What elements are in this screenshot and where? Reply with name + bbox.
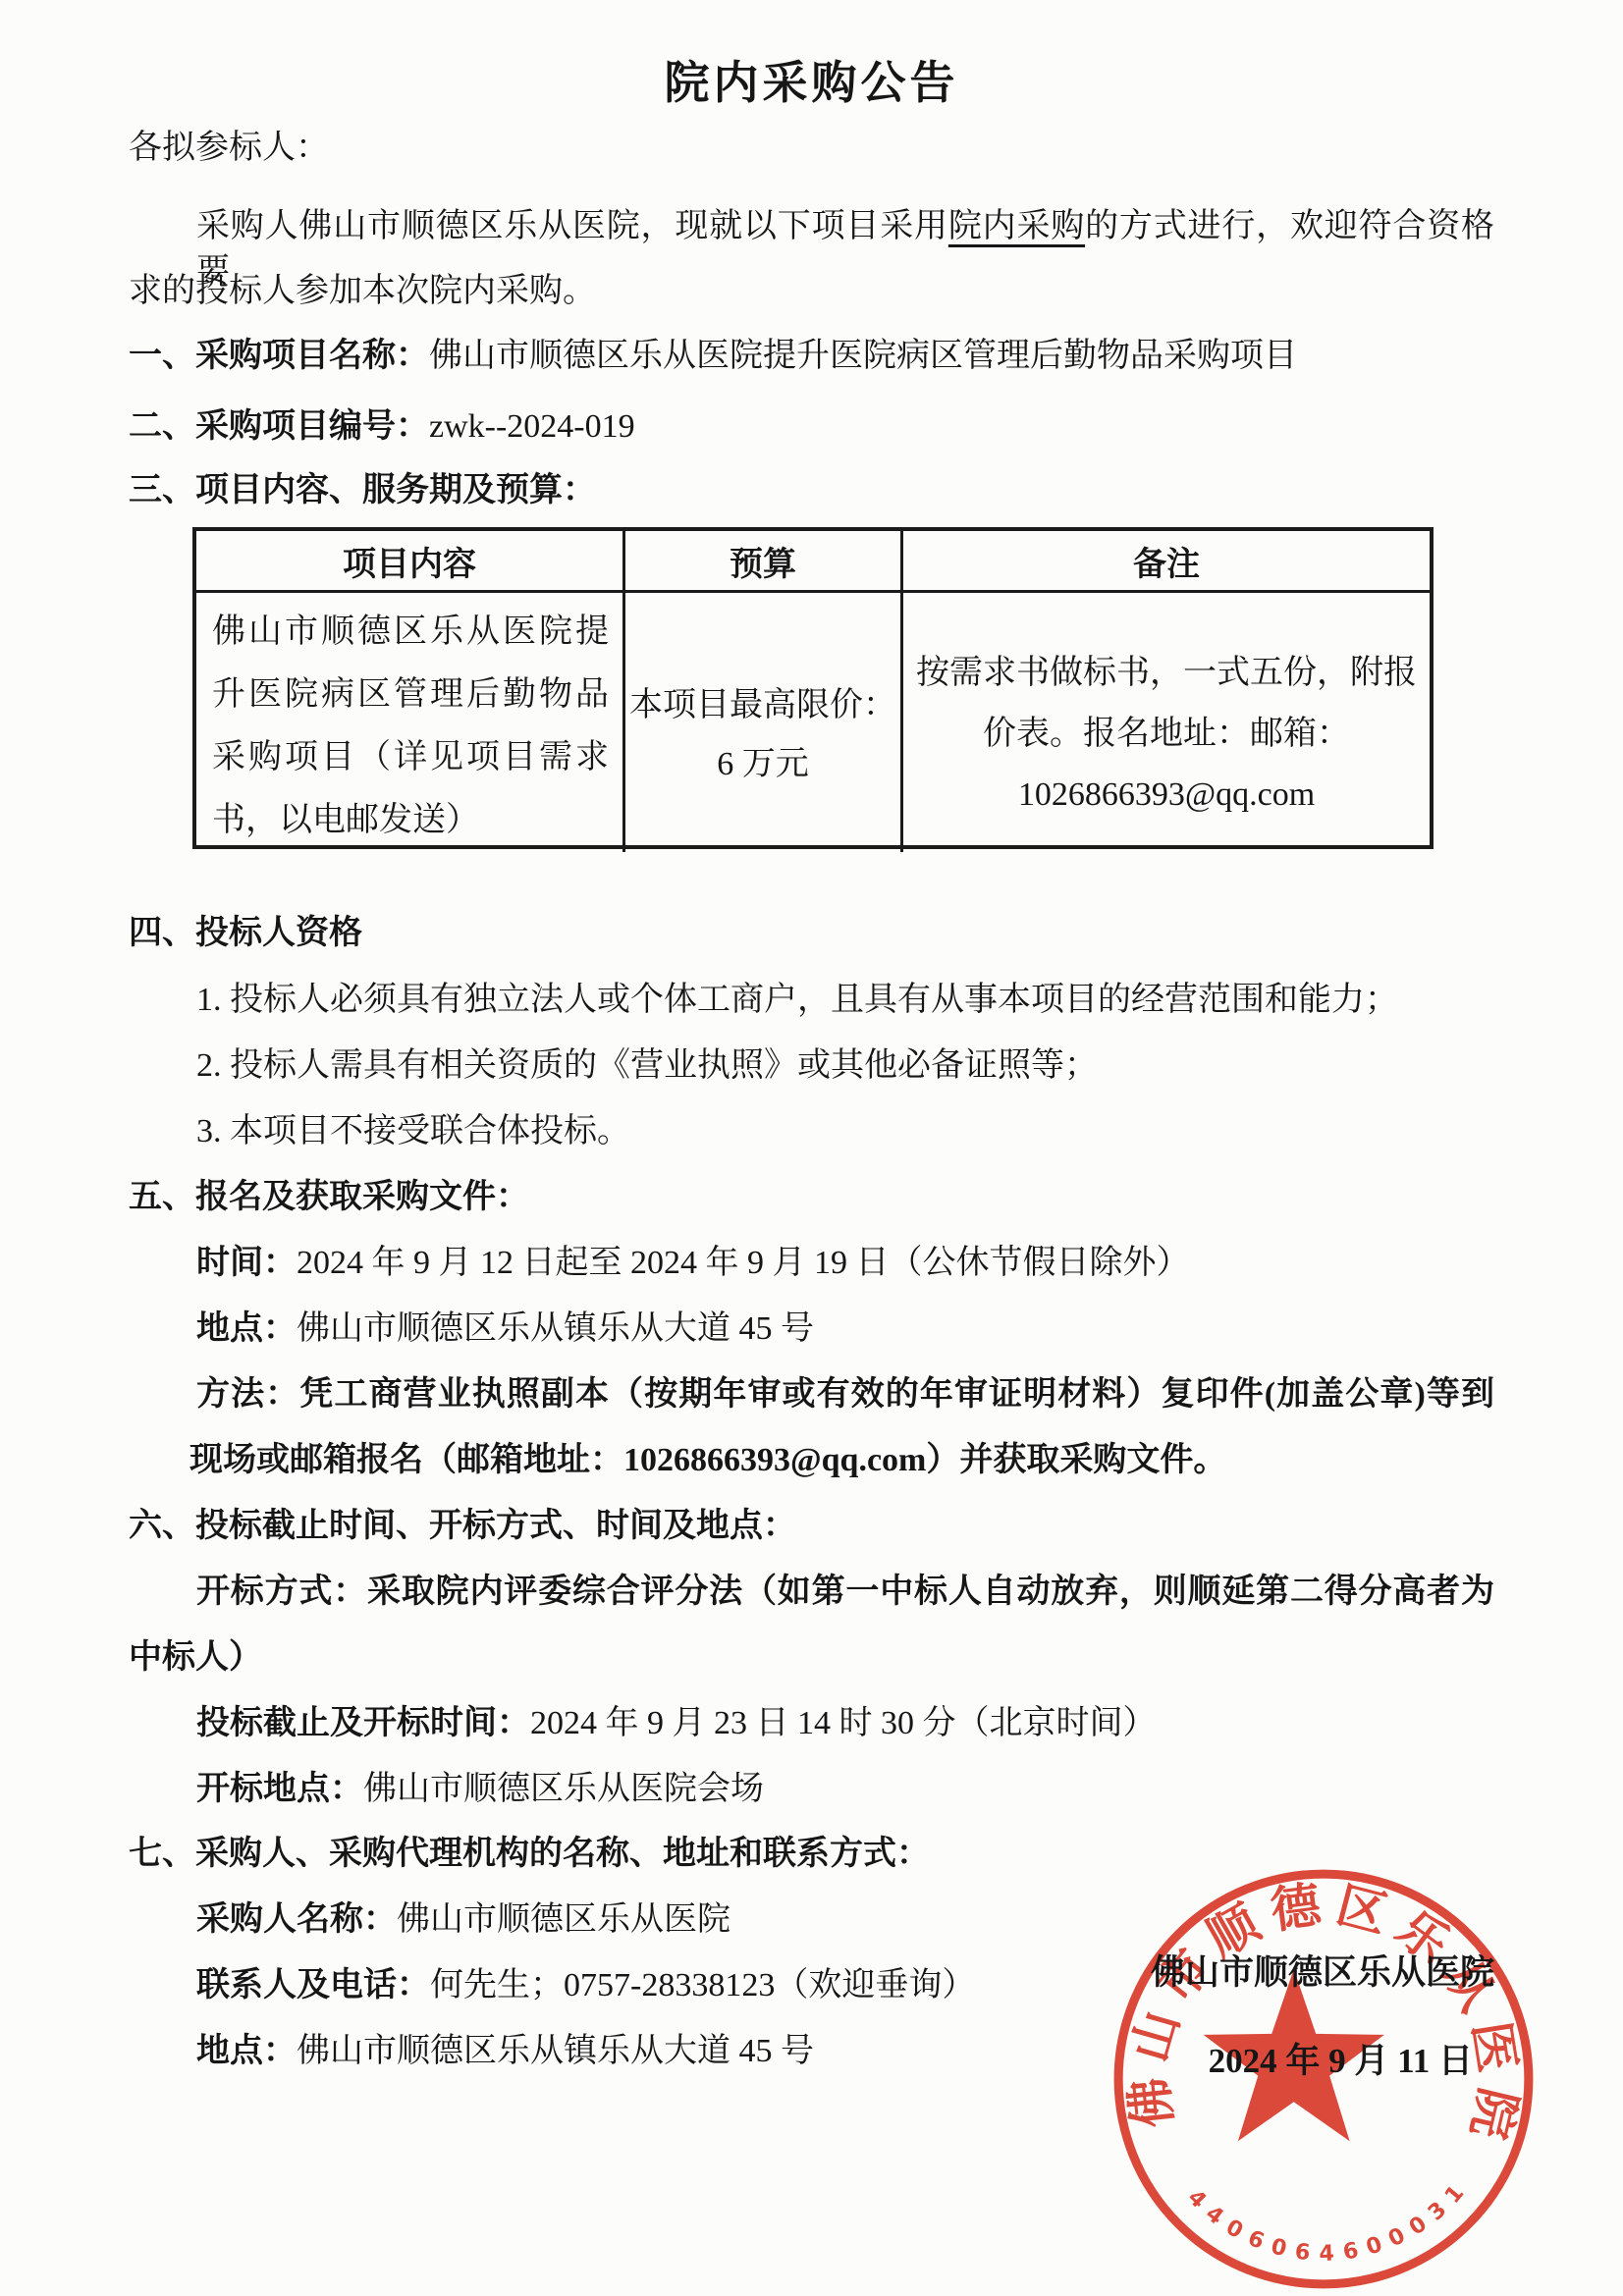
registration-place: 地点：佛山市顺德区乐从镇乐从大道 45 号: [196, 1307, 814, 1352]
content-line: 佛山市顺德区乐从医院提: [212, 601, 609, 664]
buyer-address: 地点：佛山市顺德区乐从镇乐从大道 45 号: [196, 2029, 814, 2074]
table-header-content: 项目内容: [196, 531, 622, 590]
bid-deadline: 投标截止及开标时间：2024 年 9 月 23 日 14 时 30 分（北京时间…: [196, 1701, 1157, 1746]
registration-method-line-2: 现场或邮箱报名（邮箱地址：1026866393@qq.com）并获取采购文件。: [189, 1438, 1226, 1483]
section-5-label: 五、报名及获取采购文件：: [129, 1175, 529, 1220]
salutation: 各拟参标人：: [129, 126, 329, 171]
section-2: 二、采购项目编号：zwk--2024-019: [129, 404, 635, 450]
opening-method-line-2: 中标人）: [129, 1635, 262, 1681]
section-3-label: 三、项目内容、服务期及预算：: [129, 468, 596, 513]
signature-date: 2024 年 9 月 11 日: [1209, 2034, 1473, 2083]
content-line: 采购项目（详见项目需求: [212, 726, 609, 789]
table-header-note: 备注: [900, 531, 1430, 590]
deadline-label: 投标截止及开标时间：: [196, 1705, 530, 1741]
section-6-label: 六、投标截止时间、开标方式、时间及地点：: [129, 1504, 796, 1549]
qualification-item-2: 2. 投标人需具有相关资质的《营业执照》或其他必备证照等；: [196, 1043, 1098, 1089]
qualification-item-3: 3. 本项目不接受联合体投标。: [196, 1109, 630, 1154]
section-1-label: 一、采购项目名称：: [129, 338, 429, 374]
place-label: 地点：: [196, 1310, 297, 1347]
venue-value: 佛山市顺德区乐从医院会场: [363, 1771, 764, 1807]
table-cell-content: 佛山市顺德区乐从医院提 升医院病区管理后勤物品 采购项目（详见项目需求 书，以电…: [196, 590, 622, 852]
contact-phone: 联系人及电话：何先生；0757-28338123（欢迎垂询）: [196, 1963, 975, 2008]
buyer-name: 采购人名称：佛山市顺德区乐从医院: [196, 1897, 730, 1943]
document-page: 院内采购公告 各拟参标人： 采购人佛山市顺德区乐从医院，现就以下项目采用院内采购…: [0, 0, 1623, 2296]
time-value: 2024 年 9 月 12 日起至 2024 年 9 月 19 日（公休节假日除…: [297, 1245, 1190, 1281]
address-label: 地点：: [196, 2033, 297, 2069]
budget-table: 项目内容 预算 备注 佛山市顺德区乐从医院提 升医院病区管理后勤物品 采购项目（…: [192, 527, 1434, 849]
intro-line-2: 求的投标人参加本次院内采购。: [129, 269, 596, 314]
registration-time: 时间：2024 年 9 月 12 日起至 2024 年 9 月 19 日（公休节…: [196, 1241, 1190, 1286]
note-line: 价表。报名地址：邮箱：: [983, 704, 1350, 765]
qualification-item-1: 1. 投标人必须具有独立法人或个体工商户，且具有从事本项目的经营范围和能力；: [196, 978, 1398, 1023]
buyer-label: 采购人名称：: [196, 1901, 397, 1938]
registration-method-line-1: 方法：凭工商营业执照副本（按期年审或有效的年审证明材料）复印件(加盖公章)等到: [196, 1372, 1494, 1417]
contact-value: 何先生；0757-28338123（欢迎垂询）: [430, 1967, 975, 2003]
document-title: 院内采购公告: [0, 47, 1623, 112]
section-2-label: 二、采购项目编号：: [129, 408, 429, 445]
note-line: 按需求书做标书，一式五份，附报: [916, 643, 1417, 704]
address-value: 佛山市顺德区乐从镇乐从大道 45 号: [297, 2033, 814, 2069]
section-2-text: zwk--2024-019: [429, 408, 635, 445]
content-line: 升医院病区管理后勤物品: [212, 664, 609, 726]
table-cell-budget: 本项目最高限价： 6 万元: [622, 590, 900, 852]
budget-line: 6 万元: [717, 735, 809, 794]
opening-method-line-1: 开标方式：采取院内评委综合评分法（如第一中标人自动放弃，则顺延第二得分高者为: [196, 1570, 1494, 1615]
signature-organization: 佛山市顺德区乐从医院: [1151, 1946, 1494, 1995]
time-label: 时间：: [196, 1245, 297, 1281]
note-line: 1026866393@qq.com: [1018, 765, 1315, 826]
place-value: 佛山市顺德区乐从镇乐从大道 45 号: [297, 1310, 814, 1347]
contact-label: 联系人及电话：: [196, 1967, 430, 2003]
intro-pre: 采购人佛山市顺德区乐从医院，现就以下项目采用: [196, 208, 948, 244]
venue-label: 开标地点：: [196, 1771, 363, 1807]
budget-line: 本项目最高限价：: [629, 676, 896, 735]
content-line: 书，以电邮发送）: [212, 789, 609, 852]
intro-underlined: 院内采购: [948, 208, 1085, 244]
table-header-budget: 预算: [622, 531, 900, 590]
section-1-text: 佛山市顺德区乐从医院提升医院病区管理后勤物品采购项目: [429, 338, 1297, 374]
deadline-value: 2024 年 9 月 23 日 14 时 30 分（北京时间）: [530, 1705, 1157, 1741]
table-cell-note: 按需求书做标书，一式五份，附报 价表。报名地址：邮箱： 1026866393@q…: [900, 590, 1430, 852]
section-7-label: 七、采购人、采购代理机构的名称、地址和联系方式：: [129, 1832, 930, 1877]
opening-venue: 开标地点：佛山市顺德区乐从医院会场: [196, 1767, 764, 1812]
section-1: 一、采购项目名称：佛山市顺德区乐从医院提升医院病区管理后勤物品采购项目: [129, 334, 1297, 379]
buyer-value: 佛山市顺德区乐从医院: [397, 1901, 730, 1938]
section-4-label: 四、投标人资格: [129, 911, 362, 956]
